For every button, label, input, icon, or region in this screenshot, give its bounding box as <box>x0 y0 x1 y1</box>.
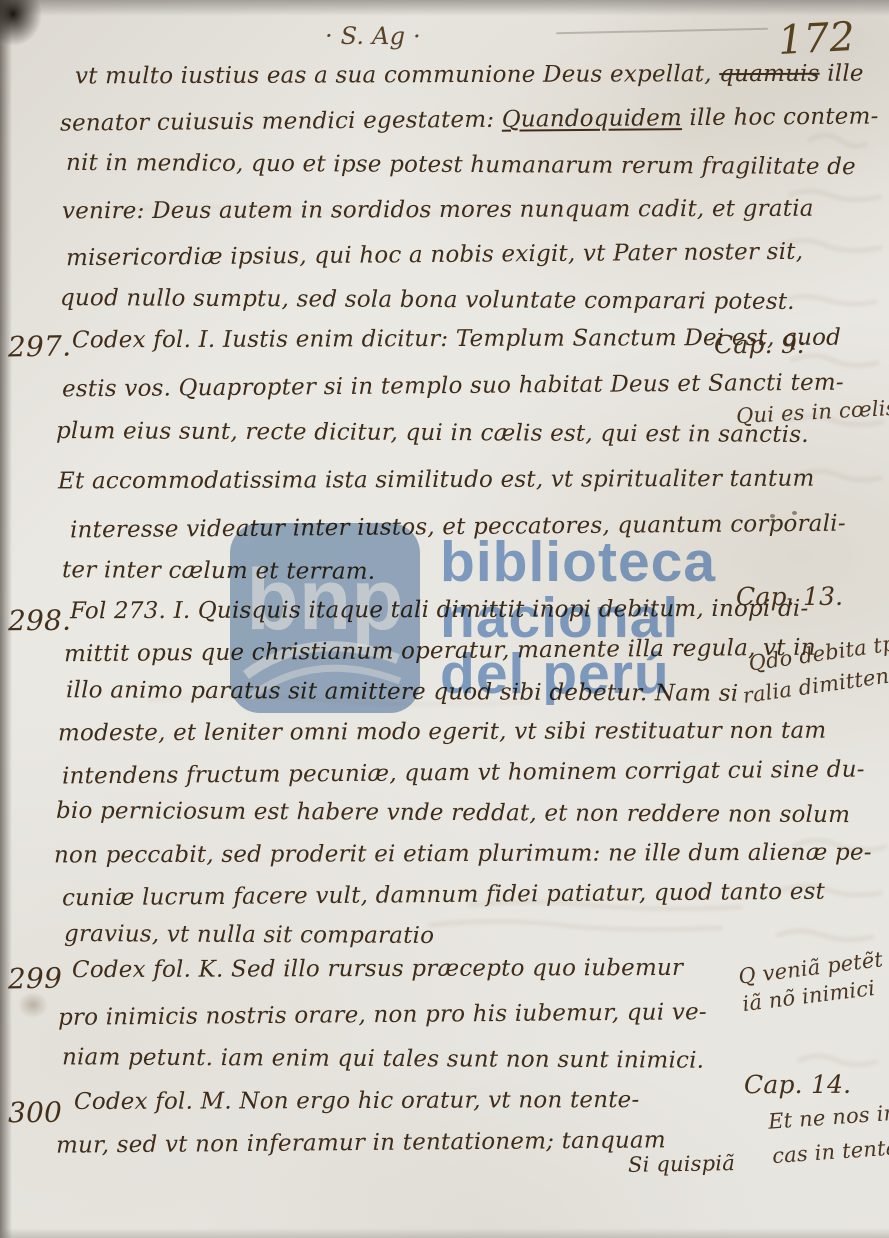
catchword: Si quispiã <box>628 1151 735 1177</box>
ink-smudge <box>18 992 48 1018</box>
text-line: nit in mendico, quo et ipse potest human… <box>66 150 856 180</box>
text-run: ille hoc contem- <box>682 103 879 131</box>
text-line: venire: Deus autem in sordidos mores nun… <box>62 196 814 225</box>
text-line: ter inter cælum et terram. <box>62 557 375 585</box>
section-number: 300 <box>8 1096 62 1129</box>
text-line: modeste, et leniter omni modo egerit, vt… <box>58 718 826 747</box>
section-number: 299 <box>8 962 63 996</box>
text-run: senator cuiusuis mendici egestatem: <box>60 107 502 137</box>
struck-word: quamuis <box>719 61 820 87</box>
text-run: ille <box>820 61 864 87</box>
scan-edge-bottom <box>0 1228 889 1238</box>
text-line: vt multo iustius eas a sua communione De… <box>75 61 864 90</box>
scan-edge-left <box>0 0 12 1238</box>
section-number: 298. <box>8 604 71 638</box>
chapter-note: Cap. 14. <box>744 1070 851 1099</box>
text-line: Fol 273. I. Quisquis itaque tali dimitti… <box>70 596 809 625</box>
text-line: Et accommodatissima ista similitudo est,… <box>58 466 815 495</box>
text-line: Codex fol. I. Iustis enim dicitur: Templ… <box>72 325 841 354</box>
scan-edge-top <box>0 0 889 16</box>
text-line: Codex fol. K. Sed illo rursus præcepto q… <box>72 955 683 983</box>
text-line: illo animo paratus sit amittere quod sib… <box>66 677 738 707</box>
text-line: mur, sed vt non inferamur in tentationem… <box>56 1127 666 1158</box>
text-line: non peccabit, sed proderit ei etiam plur… <box>54 840 872 869</box>
header-mark: · S. Ag · <box>325 22 421 51</box>
text-line: niam petunt. iam enim qui tales sunt non… <box>62 1044 704 1073</box>
text-line: gravius, vt nulla sit comparatio <box>64 921 434 949</box>
folio-number: 172 <box>777 14 856 64</box>
underlined-word: Quandoquidem <box>502 105 682 133</box>
manuscript-page: · S. Ag · 172 vt multo iustius eas a sua… <box>0 0 889 1238</box>
section-number: 297. <box>8 329 72 363</box>
text-run: vt multo iustius eas a sua communione De… <box>75 61 719 89</box>
text-line: bio perniciosum est habere vnde reddat, … <box>56 798 850 828</box>
text-line: Codex fol. M. Non ergo hic oratur, vt no… <box>74 1087 640 1115</box>
text-line: quod nullo sumptu, sed sola bona volunta… <box>60 285 795 315</box>
scan-corner-shadow <box>0 0 42 46</box>
text-line: plum eius sunt, recte dicitur, qui in cæ… <box>56 418 809 448</box>
